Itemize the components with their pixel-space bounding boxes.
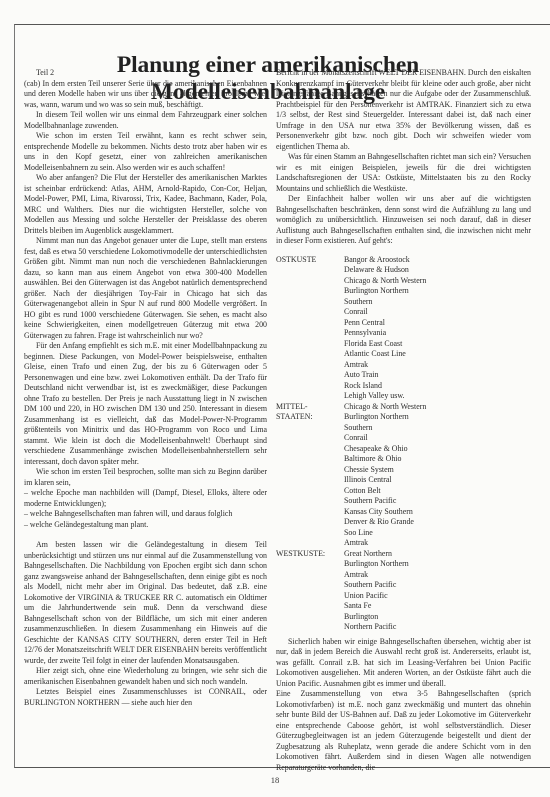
railroad-company: Lehigh Valley usw. bbox=[344, 391, 531, 402]
region-group: OSTKUSTEBangor & AroostockDelaware & Hud… bbox=[276, 255, 531, 402]
right-outro-paragraphs: Sicherlich haben wir einige Bahngesellsc… bbox=[276, 637, 531, 774]
right-intro-paragraphs: Bericht in der Monatszeitschrift WELT DE… bbox=[276, 68, 531, 247]
paragraph: Eine Zusammenstellung von etwa 3-5 Bahng… bbox=[276, 689, 531, 773]
railroad-company: Cotton Belt bbox=[344, 486, 531, 497]
paragraph: – welche Epoche man nachbilden will (Dam… bbox=[24, 488, 267, 509]
railroad-company: Burlington Northern bbox=[344, 412, 531, 423]
paragraph: Sicherlich haben wir einige Bahngesellsc… bbox=[276, 637, 531, 690]
railroad-company: Penn Central bbox=[344, 318, 531, 329]
railroad-company: Kansas City Southern bbox=[344, 507, 531, 518]
paragraph: Wie schon im ersten Teil besprochen, sol… bbox=[24, 467, 267, 488]
railroad-company: Conrail bbox=[344, 433, 531, 444]
railroad-company-list: Bangor & AroostockDelaware & HudsonChica… bbox=[344, 255, 531, 402]
paragraph: Am besten lassen wir die Geländegestaltu… bbox=[24, 540, 267, 666]
railroad-company: Auto Train bbox=[344, 370, 531, 381]
railroad-company: Burlington Northern bbox=[344, 559, 531, 570]
railroad-company: Chesapeake & Ohio bbox=[344, 444, 531, 455]
right-column: Bericht in der Monatszeitschrift WELT DE… bbox=[276, 68, 531, 773]
railroad-company: Soo Line bbox=[344, 528, 531, 539]
region-label: MITTEL- STAATEN: bbox=[276, 402, 344, 549]
paragraph: Was für einen Stamm an Bahngesellschafte… bbox=[276, 152, 531, 194]
paragraph: In diesem Teil wollen wir uns einmal dem… bbox=[24, 110, 267, 131]
paragraph: Wo aber anfangen? Die Flut der Herstelle… bbox=[24, 173, 267, 236]
page-number: 18 bbox=[0, 775, 550, 785]
railroad-company: Great Northern bbox=[344, 549, 531, 560]
railroad-company: Amtrak bbox=[344, 570, 531, 581]
railroad-company: Delaware & Hudson bbox=[344, 265, 531, 276]
railroad-company: Denver & Rio Grande bbox=[344, 517, 531, 528]
railroad-company: Southern Pacific bbox=[344, 496, 531, 507]
paragraph: Der Einfachheit halber wollen wir uns ab… bbox=[276, 194, 531, 247]
railroad-company: Santa Fe bbox=[344, 601, 531, 612]
region-group: WESTKUSTE:Great NorthernBurlington North… bbox=[276, 549, 531, 633]
railroad-company: Northern Pacific bbox=[344, 622, 531, 633]
railroad-company: Southern bbox=[344, 423, 531, 434]
railroad-company: Burlington bbox=[344, 612, 531, 623]
railroad-company: Rock Island bbox=[344, 381, 531, 392]
paragraph: – welche Geländegestaltung man plant. bbox=[24, 520, 267, 531]
railroad-company: Illinois Central bbox=[344, 475, 531, 486]
region-label: OSTKUSTE bbox=[276, 255, 344, 402]
railroad-company: Baltimore & Ohio bbox=[344, 454, 531, 465]
railroad-company: Pennsylvania bbox=[344, 328, 531, 339]
paragraph: – welche Bahngesellschaften man fahren w… bbox=[24, 509, 267, 520]
railroad-company: Amtrak bbox=[344, 360, 531, 371]
paragraph: Letztes Beispiel eines Zusammenschlusses… bbox=[24, 687, 267, 708]
paragraph: (cab) In dem ersten Teil unserer Serie ü… bbox=[24, 79, 267, 111]
railroad-company: Chicago & North Western bbox=[344, 276, 531, 287]
railroad-company: Union Pacific bbox=[344, 591, 531, 602]
railroad-company: Amtrak bbox=[344, 538, 531, 549]
region-group: MITTEL- STAATEN:Chicago & North WesternB… bbox=[276, 402, 531, 549]
paragraph: Nimmt man nun das Angebot genauer unter … bbox=[24, 236, 267, 341]
paragraph: Für den Anfang empfiehlt es sich m.E. mi… bbox=[24, 341, 267, 467]
left-column: Teil 2 (cab) In dem ersten Teil unserer … bbox=[24, 68, 267, 708]
railroad-company: Atlantic Coast Line bbox=[344, 349, 531, 360]
railroad-company: Florida East Coast bbox=[344, 339, 531, 350]
railroad-list: OSTKUSTEBangor & AroostockDelaware & Hud… bbox=[276, 255, 531, 633]
railroad-company: Chessie System bbox=[344, 465, 531, 476]
left-paragraphs: (cab) In dem ersten Teil unserer Serie ü… bbox=[24, 79, 267, 709]
railroad-company: Burlington Northern bbox=[344, 286, 531, 297]
paragraph: Wie schon im ersten Teil erwähnt, kann e… bbox=[24, 131, 267, 173]
railroad-company: Conrail bbox=[344, 307, 531, 318]
railroad-company: Bangor & Aroostock bbox=[344, 255, 531, 266]
railroad-company-list: Great NorthernBurlington NorthernAmtrakS… bbox=[344, 549, 531, 633]
paragraph: Hier zeigt sich, ohne eine Wiederholung … bbox=[24, 666, 267, 687]
region-label: WESTKUSTE: bbox=[276, 549, 344, 633]
railroad-company-list: Chicago & North WesternBurlington Northe… bbox=[344, 402, 531, 549]
railroad-company: Chicago & North Western bbox=[344, 402, 531, 413]
railroad-company: Southern bbox=[344, 297, 531, 308]
paragraph: Bericht in der Monatszeitschrift WELT DE… bbox=[276, 68, 531, 152]
part-label: Teil 2 bbox=[24, 68, 267, 79]
railroad-company: Southern Pacific bbox=[344, 580, 531, 591]
